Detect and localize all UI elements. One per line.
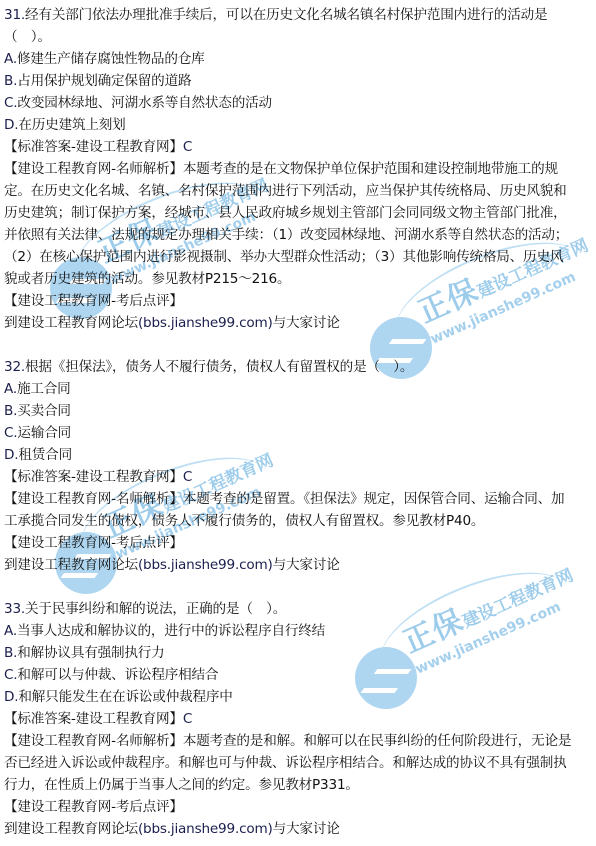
option-text: 租赁合同 <box>18 447 72 463</box>
option-letter: D. <box>4 117 18 133</box>
option-d: D.在历史建筑上刻划 <box>4 114 594 136</box>
option-a: A.当事人达成和解协议的，进行中的诉讼程序自行终结 <box>4 620 594 642</box>
option-letter: A. <box>4 381 17 397</box>
option-text: 在历史建筑上刻划 <box>18 117 125 133</box>
option-text: 占用保护规划确定保留的道路 <box>17 73 191 89</box>
option-d: D.租赁合同 <box>4 444 594 466</box>
option-text: 和解协议具有强制执行力 <box>17 645 164 661</box>
forum-prefix: 到建设工程教育网论坛 <box>4 557 138 573</box>
analysis-line: 貌或者历史建筑的活动。参见教材P215～216。 <box>4 268 594 290</box>
question-stem-continued: （ ）。 <box>4 26 594 48</box>
option-text: 买卖合同 <box>17 403 71 419</box>
review-label: 【建设工程教育网-考后点评】 <box>4 796 594 818</box>
standard-answer: 【标准答案-建设工程教育网】C <box>4 708 594 730</box>
question-stem: 32.根据《担保法》，债务人不履行债务，债权人有留置权的是（ ）。 <box>4 356 594 378</box>
option-letter: B. <box>4 73 17 89</box>
option-b: B.买卖合同 <box>4 400 594 422</box>
question-number: 32. <box>4 359 25 375</box>
analysis-text: 本题考查的是在文物保护单位保护范围和建设控制地带施工的规 <box>183 161 558 177</box>
analysis-line: 【建设工程教育网-名师解析】本题考查的是和解。和解可以在民事纠纷的任何阶段进行，… <box>4 730 594 752</box>
analysis-label: 【建设工程教育网-名师解析】 <box>4 491 183 507</box>
analysis-text: 本题考查的是和解。和解可以在民事纠纷的任何阶段进行，无论是 <box>183 733 571 749</box>
option-text: 施工合同 <box>17 381 71 397</box>
analysis-line: 工承揽合同发生的债权，债务人不履行债务的，债权人有留置权。参见教材P40。 <box>4 510 594 532</box>
option-letter: C. <box>4 425 17 441</box>
forum-link[interactable]: (bbs.jianshe99.com) <box>138 821 273 837</box>
option-text: 和解可以与仲裁、诉讼程序相结合 <box>17 667 218 683</box>
question-number: 31. <box>4 7 25 23</box>
analysis-line: 定。在历史文化名城、名镇、名村保护范围内进行下列活动，应当保护其传统格局、历史风… <box>4 180 594 202</box>
answer-value: C <box>183 139 192 155</box>
standard-answer: 【标准答案-建设工程教育网】C <box>4 466 594 488</box>
option-letter: B. <box>4 403 17 419</box>
question-stem-text: 关于民事纠纷和解的说法，正确的是（ ）。 <box>25 601 286 617</box>
answer-value: C <box>183 469 192 485</box>
analysis-line: 否已经进入诉讼或仲裁程序。和解也可与仲裁、诉讼程序相结合。和解达成的协议不具有强… <box>4 752 594 774</box>
analysis-line: 【建设工程教育网-名师解析】本题考查的是在文物保护单位保护范围和建设控制地带施工… <box>4 158 594 180</box>
option-letter: D. <box>4 447 18 463</box>
analysis-line: 【建设工程教育网-名师解析】本题考查的是留置。《担保法》规定，因保管合同、运输合… <box>4 488 594 510</box>
question-stem-text: 根据《担保法》，债务人不履行债务，债权人有留置权的是（ ）。 <box>25 359 413 375</box>
analysis-line: （2）在核心保护范围内进行影视摄制、举办大型群众性活动；（3）其他影响传统格局、… <box>4 246 594 268</box>
spacer <box>4 334 594 356</box>
analysis-line: 行力，在性质上仍属于当事人之间的约定。参见教材P331。 <box>4 774 594 796</box>
forum-prefix: 到建设工程教育网论坛 <box>4 821 138 837</box>
forum-suffix: 与大家讨论 <box>273 557 340 573</box>
review-label: 【建设工程教育网-考后点评】 <box>4 532 594 554</box>
option-letter: C. <box>4 95 17 111</box>
review-label: 【建设工程教育网-考后点评】 <box>4 290 594 312</box>
forum-line: 到建设工程教育网论坛(bbs.jianshe99.com)与大家讨论 <box>4 312 594 334</box>
question-number: 33. <box>4 601 25 617</box>
option-letter: A. <box>4 623 17 639</box>
analysis-label: 【建设工程教育网-名师解析】 <box>4 733 183 749</box>
option-d: D.和解只能发生在在诉讼或仲裁程序中 <box>4 686 594 708</box>
option-text: 运输合同 <box>17 425 71 441</box>
forum-prefix: 到建设工程教育网论坛 <box>4 315 138 331</box>
forum-suffix: 与大家讨论 <box>273 315 340 331</box>
option-letter: B. <box>4 645 17 661</box>
option-text: 当事人达成和解协议的，进行中的诉讼程序自行终结 <box>17 623 325 639</box>
option-b: B.和解协议具有强制执行力 <box>4 642 594 664</box>
answer-label: 【标准答案-建设工程教育网】 <box>4 469 183 485</box>
answer-label: 【标准答案-建设工程教育网】 <box>4 139 183 155</box>
option-text: 和解只能发生在在诉讼或仲裁程序中 <box>18 689 232 705</box>
option-text: 改变园林绿地、河湖水系等自然状态的活动 <box>17 95 271 111</box>
analysis-line: 历史建筑；制订保护方案，经城市、县人民政府城乡规划主管部门会同同级文物主管部门批… <box>4 202 594 224</box>
exam-document: 31.经有关部门依法办理批准手续后，可以在历史文化名城名镇名村保护范围内进行的活… <box>4 4 594 840</box>
option-a: A.施工合同 <box>4 378 594 400</box>
forum-line: 到建设工程教育网论坛(bbs.jianshe99.com)与大家讨论 <box>4 818 594 840</box>
analysis-text: 本题考查的是留置。《担保法》规定，因保管合同、运输合同、加 <box>183 491 565 507</box>
option-c: C.和解可以与仲裁、诉讼程序相结合 <box>4 664 594 686</box>
analysis-line: 并依照有关法律、法规的规定办理相关手续：（1）改变园林绿地、河湖水系等自然状态的… <box>4 224 594 246</box>
forum-line: 到建设工程教育网论坛(bbs.jianshe99.com)与大家讨论 <box>4 554 594 576</box>
question-32: 32.根据《担保法》，债务人不履行债务，债权人有留置权的是（ ）。 A.施工合同… <box>4 356 594 576</box>
standard-answer: 【标准答案-建设工程教育网】C <box>4 136 594 158</box>
question-31: 31.经有关部门依法办理批准手续后，可以在历史文化名城名镇名村保护范围内进行的活… <box>4 4 594 334</box>
option-b: B.占用保护规划确定保留的道路 <box>4 70 594 92</box>
option-letter: A. <box>4 51 17 67</box>
question-stem: 31.经有关部门依法办理批准手续后，可以在历史文化名城名镇名村保护范围内进行的活… <box>4 4 594 26</box>
question-33: 33.关于民事纠纷和解的说法，正确的是（ ）。 A.当事人达成和解协议的，进行中… <box>4 598 594 840</box>
question-stem-text: 经有关部门依法办理批准手续后，可以在历史文化名城名镇名村保护范围内进行的活动是 <box>25 7 547 23</box>
answer-value: C <box>183 711 192 727</box>
forum-link[interactable]: (bbs.jianshe99.com) <box>138 557 273 573</box>
forum-link[interactable]: (bbs.jianshe99.com) <box>138 315 273 331</box>
analysis-label: 【建设工程教育网-名师解析】 <box>4 161 183 177</box>
option-letter: D. <box>4 689 18 705</box>
forum-suffix: 与大家讨论 <box>273 821 340 837</box>
option-c: C.运输合同 <box>4 422 594 444</box>
option-c: C.改变园林绿地、河湖水系等自然状态的活动 <box>4 92 594 114</box>
option-text: 修建生产储存腐蚀性物品的仓库 <box>17 51 205 67</box>
spacer <box>4 576 594 598</box>
answer-label: 【标准答案-建设工程教育网】 <box>4 711 183 727</box>
question-stem: 33.关于民事纠纷和解的说法，正确的是（ ）。 <box>4 598 594 620</box>
option-letter: C. <box>4 667 17 683</box>
option-a: A.修建生产储存腐蚀性物品的仓库 <box>4 48 594 70</box>
